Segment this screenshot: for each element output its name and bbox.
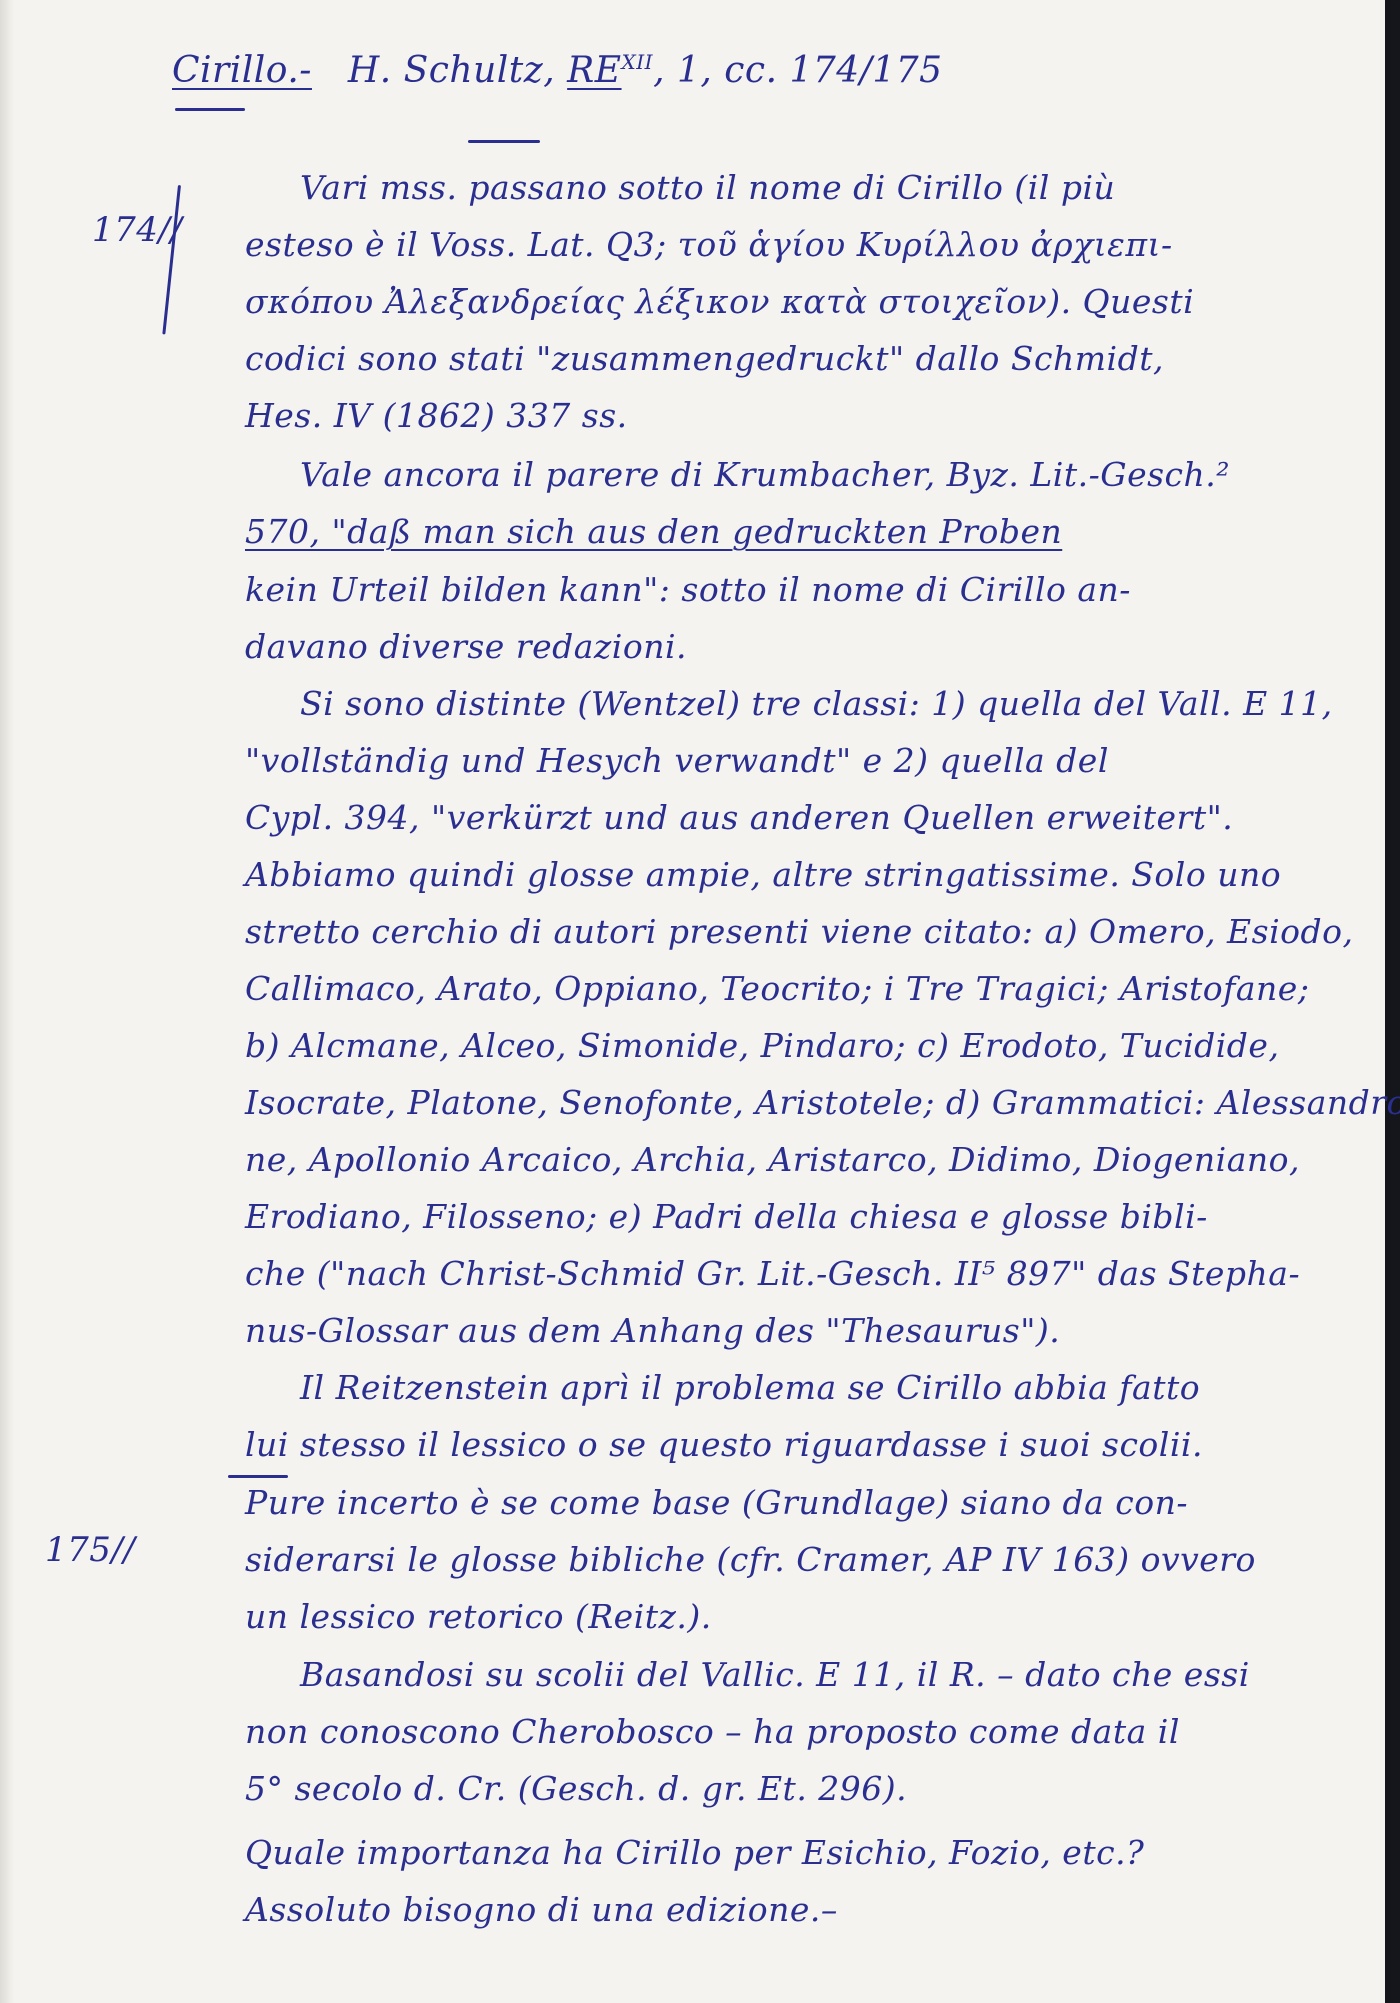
text-line-24: Pure incerto è se come base (Grundlage) …	[245, 1483, 1188, 1522]
text-line-5: Hes. IV (1862) 337 ss.	[245, 396, 628, 435]
text-line-14: stretto cerchio di autori presenti viene…	[245, 912, 1353, 951]
heading-subject: Cirillo.-	[172, 50, 312, 91]
text-line-7: 570, "daß man sich aus den gedruckten Pr…	[245, 512, 1062, 551]
text-line-30: Quale importanza ha Cirillo per Esichio,…	[245, 1833, 1144, 1872]
text-line-15: Callimaco, Arato, Oppiano, Teocrito; i T…	[245, 969, 1309, 1008]
section-divider-stroke	[228, 1475, 288, 1478]
text-line-21: nus-Glossar aus dem Anhang des "Thesauru…	[245, 1311, 1060, 1350]
text-line-3: σκόπου Ἀλεξανδρείας λέξικον κατὰ στοιχεῖ…	[245, 282, 1194, 321]
text-line-10: Si sono distinte (Wentzel) tre classi: 1…	[300, 684, 1333, 723]
text-line-12: Cypl. 394, "verkürzt und aus anderen Que…	[245, 798, 1233, 837]
text-line-22: Il Reitzenstein aprì il problema se Ciri…	[300, 1368, 1200, 1407]
scan-edge-strip	[1385, 0, 1400, 2003]
text-line-9: davano diverse redazioni.	[245, 627, 687, 666]
heading-volume: XII	[622, 50, 654, 74]
text-line-25: siderarsi le glosse bibliche (cfr. Crame…	[245, 1540, 1256, 1579]
text-line-1: Vari mss. passano sotto il nome di Ciril…	[300, 168, 1115, 207]
text-line-20: che ("nach Christ-Schmid Gr. Lit.-Gesch.…	[245, 1254, 1300, 1293]
heading-double-underline	[175, 108, 245, 111]
heading-underline-author	[468, 140, 540, 143]
text-line-31: Assoluto bisogno di una edizione.–	[245, 1890, 838, 1929]
text-line-11: "vollständig und Hesych verwandt" e 2) q…	[245, 741, 1109, 780]
margin-note-174: 174//	[92, 210, 182, 250]
text-line-17: Isocrate, Platone, Senofonte, Aristotele…	[245, 1083, 1400, 1122]
text-line-2: esteso è il Voss. Lat. Q3; τοῦ ἁγίου Κυρ…	[245, 225, 1173, 264]
text-line-4: codici sono stati "zusammengedruckt" dal…	[245, 339, 1164, 378]
note-heading: Cirillo.- H. Schultz, REXII, 1, cc. 174/…	[172, 50, 943, 91]
text-line-13: Abbiamo quindi glosse ampie, altre strin…	[245, 855, 1281, 894]
heading-source: RE	[567, 50, 621, 91]
text-line-26: un lessico retorico (Reitz.).	[245, 1597, 712, 1636]
text-line-28: non conoscono Cherobosco – ha proposto c…	[245, 1712, 1180, 1751]
heading-columns: cc. 174/175	[724, 50, 942, 91]
text-line-8: kein Urteil bilden kann": sotto il nome …	[245, 570, 1131, 609]
text-line-23: lui stesso il lessico o se questo riguar…	[245, 1425, 1203, 1464]
text-line-18: ne, Apollonio Arcaico, Archia, Aristarco…	[245, 1140, 1300, 1179]
text-line-27: Basandosi su scolii del Vallic. E 11, il…	[300, 1655, 1250, 1694]
text-line-29: 5° secolo d. Cr. (Gesch. d. gr. Et. 296)…	[245, 1769, 907, 1808]
text-line-16: b) Alcmane, Alceo, Simonide, Pindaro; c)…	[245, 1026, 1279, 1065]
margin-note-175: 175//	[45, 1530, 135, 1570]
text-line-19: Erodiano, Filosseno; e) Padri della chie…	[245, 1197, 1208, 1236]
text-line-6: Vale ancora il parere di Krumbacher, Byz…	[300, 455, 1230, 494]
heading-part: 1	[677, 50, 700, 91]
heading-author: H. Schultz	[348, 50, 543, 91]
